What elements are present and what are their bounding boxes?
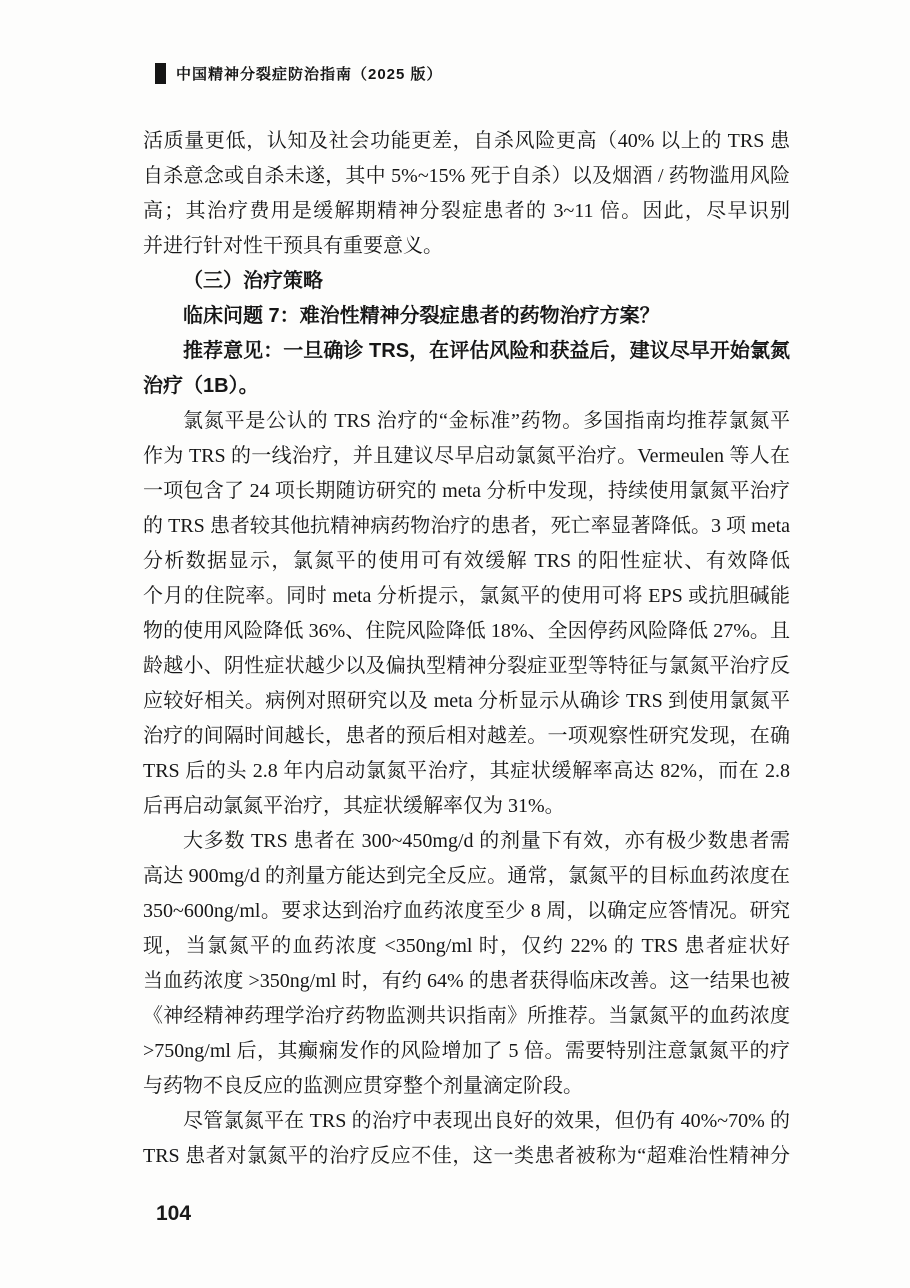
text-line: 龄越小、阴性症状越少以及偏执型精神分裂症亚型等特征与氯氮平治疗反 xyxy=(143,649,790,684)
text-line: 大多数 TRS 患者在 300~450mg/d 的剂量下有效，亦有极少数患者需 xyxy=(143,824,790,859)
header-title: 中国精神分裂症防治指南（2025 版） xyxy=(176,63,443,84)
section-heading: （三）治疗策略 xyxy=(143,264,790,299)
text-line: 高；其治疗费用是缓解期精神分裂症患者的 3~11 倍。因此，尽早识别 TRS xyxy=(143,194,790,229)
text-line: 当血药浓度 >350ng/ml 时，有约 64% 的患者获得临床改善。这一结果也… xyxy=(143,964,790,999)
text-line: 活质量更低，认知及社会功能更差，自杀风险更高（40% 以上的 TRS 患者有 xyxy=(143,124,790,159)
text-line: 现，当氯氮平的血药浓度 <350ng/ml 时，仅约 22% 的 TRS 患者症… xyxy=(143,929,790,964)
text-line: 作为 TRS 的一线治疗，并且建议尽早启动氯氮平治疗。Vermeulen 等人在 xyxy=(143,439,790,474)
text-line: 一项包含了 24 项长期随访研究的 meta 分析中发现，持续使用氯氮平治疗 xyxy=(143,474,790,509)
text-line: 《神经精神药理学治疗药物监测共识指南》所推荐。当氯氮平的血药浓度 xyxy=(143,999,790,1034)
text-line: TRS 患者对氯氮平的治疗反应不佳，这一类患者被称为“超难治性精神分 xyxy=(143,1139,790,1174)
text-line: 的 TRS 患者较其他抗精神病药物治疗的患者，死亡率显著降低。3 项 meta xyxy=(143,509,790,544)
text-line: 并进行针对性干预具有重要意义。 xyxy=(143,229,790,264)
section-marker-icon xyxy=(155,63,166,84)
recommendation-line: 治疗（1B）。 xyxy=(143,369,790,404)
text-line: 高达 900mg/d 的剂量方能达到完全反应。通常，氯氮平的目标血药浓度在 xyxy=(143,859,790,894)
text-line: 尽管氯氮平在 TRS 的治疗中表现出良好的效果，但仍有 40%~70% 的 xyxy=(143,1104,790,1139)
document-page: 中国精神分裂症防治指南（2025 版） 活质量更低，认知及社会功能更差，自杀风险… xyxy=(0,0,910,1288)
text-line: 后再启动氯氮平治疗，其症状缓解率仅为 31%。 xyxy=(143,789,790,824)
text-line: 治疗的间隔时间越长，患者的预后相对越差。一项观察性研究发现，在确诊 xyxy=(143,719,790,754)
clinical-question-heading: 临床问题 7：难治性精神分裂症患者的药物治疗方案？ xyxy=(143,299,790,334)
page-number: 104 xyxy=(156,1202,191,1226)
text-line: >750ng/ml 后，其癫痫发作的风险增加了 5 倍。需要特别注意氯氮平的疗效 xyxy=(143,1034,790,1069)
recommendation-line: 推荐意见：一旦确诊 TRS，在评估风险和获益后，建议尽早开始氯氮平 xyxy=(143,334,790,369)
text-line: 分析数据显示，氯氮平的使用可有效缓解 TRS 的阳性症状、有效降低 12~24 xyxy=(143,544,790,579)
text-line: 个月的住院率。同时 meta 分析提示，氯氮平的使用可将 EPS 或抗胆碱能药 xyxy=(143,579,790,614)
text-line: 应较好相关。病例对照研究以及 meta 分析显示从确诊 TRS 到使用氯氮平 xyxy=(143,684,790,719)
document-body: 活质量更低，认知及社会功能更差，自杀风险更高（40% 以上的 TRS 患者有 自… xyxy=(143,124,790,1174)
text-line: 物的使用风险降低 36%、住院风险降低 18%、全因停药风险降低 27%。且年 xyxy=(143,614,790,649)
text-line: 自杀意念或自杀未遂，其中 5%~15% 死于自杀）以及烟酒 / 药物滥用风险更 xyxy=(143,159,790,194)
text-line: 氯氮平是公认的 TRS 治疗的“金标准”药物。多国指南均推荐氯氮平 xyxy=(143,404,790,439)
running-header: 中国精神分裂症防治指南（2025 版） xyxy=(155,63,443,84)
text-line: 与药物不良反应的监测应贯穿整个剂量滴定阶段。 xyxy=(143,1069,790,1104)
text-line: TRS 后的头 2.8 年内启动氯氮平治疗，其症状缓解率高达 82%，而在 2.… xyxy=(143,754,790,789)
text-line: 350~600ng/ml。要求达到治疗血药浓度至少 8 周，以确定应答情况。研究… xyxy=(143,894,790,929)
